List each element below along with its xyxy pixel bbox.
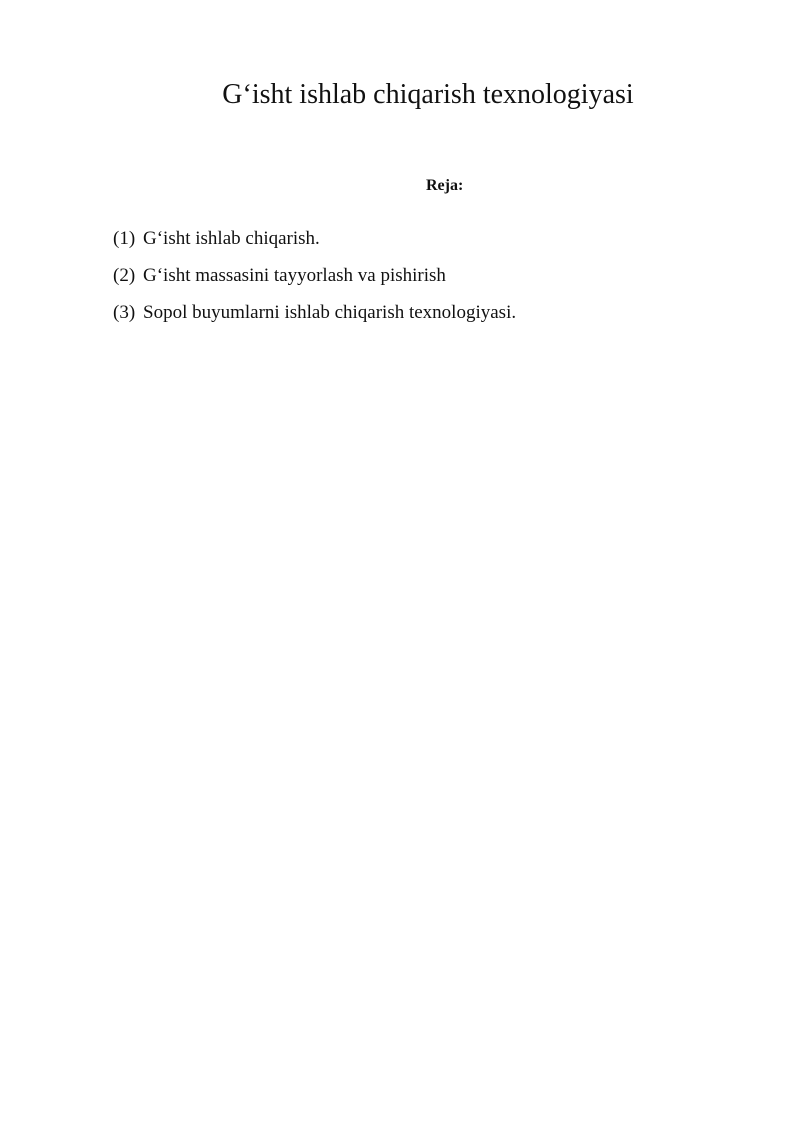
plan-item-text: Sopol buyumlarni ishlab chiqarish texnol… [143,294,516,331]
document-title: G‘isht ishlab chiqarish texnologiyasi [0,77,800,113]
plan-item-text: G‘isht massasini tayyorlash va pishirish [143,257,446,294]
plan-item-number: (3) [113,294,143,331]
plan-item-number: (2) [113,257,143,294]
plan-heading: Reja: [426,176,463,196]
plan-item: (1) G‘isht ishlab chiqarish. [113,220,516,257]
plan-item: (2) G‘isht massasini tayyorlash va pishi… [113,257,516,294]
document-page: G‘isht ishlab chiqarish texnologiyasi Re… [0,0,800,1131]
plan-item-text: G‘isht ishlab chiqarish. [143,220,320,257]
plan-item-number: (1) [113,220,143,257]
plan-item: (3) Sopol buyumlarni ishlab chiqarish te… [113,294,516,331]
plan-list: (1) G‘isht ishlab chiqarish. (2) G‘isht … [113,220,516,331]
